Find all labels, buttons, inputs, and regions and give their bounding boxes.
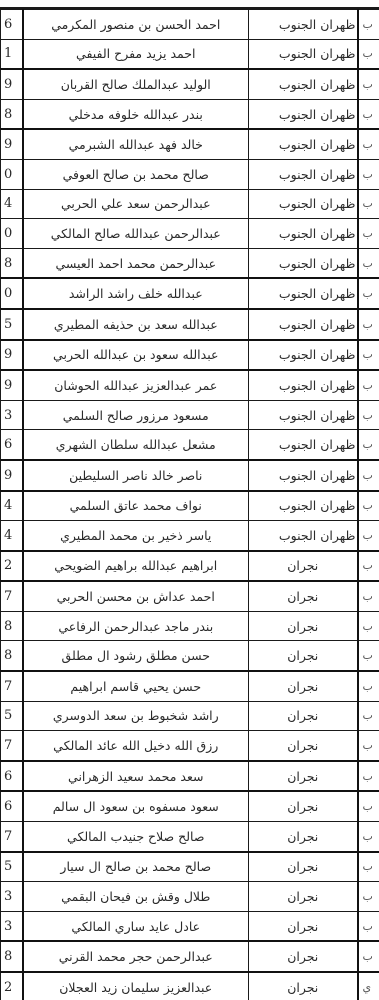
row-number-cell: 3 [1,911,23,941]
city-cell: ظهران الجنوب [249,370,358,400]
extra-column-cell: ب [358,521,379,551]
person-name-cell: احمد الحسن بن منصور المكرمي [23,10,249,40]
row-number-cell: 4 [1,521,23,551]
city-cell: ظهران الجنوب [249,219,358,249]
extra-column-cell: ب [358,761,379,792]
city-cell: نجران [249,611,358,641]
person-name-cell: سعد محمد سعيد الزهراني [23,761,249,792]
table-row: 6احمد الحسن بن منصور المكرميظهران الجنوب… [1,10,379,40]
row-number-cell: 5 [1,852,23,882]
row-number-cell: 0 [1,159,23,189]
extra-column-cell: ب [358,340,379,371]
row-number-cell: 6 [1,791,23,821]
table-row: 9عمر عبدالعزيز عبدالله الحوشانظهران الجن… [1,370,379,400]
row-number-cell: 9 [1,69,23,99]
row-number-cell: 8 [1,641,23,671]
city-cell: نجران [249,911,358,941]
person-name-cell: صالح صلاح جنيدب المالكي [23,822,249,852]
city-cell: ظهران الجنوب [249,10,358,40]
row-number-cell: 9 [1,129,23,159]
person-name-cell: بندر عبدالله خلوفه مدخلي [23,99,249,129]
extra-column-cell: ب [358,248,379,278]
city-cell: ظهران الجنوب [249,39,358,69]
table-row: 8عبدالرحمن محمد احمد العيسيظهران الجنوبب [1,248,379,278]
table-row: 0صالح محمد بن صالح العوفيظهران الجنوبب [1,159,379,189]
table-row: 8بندر عبدالله خلوفه مدخليظهران الجنوبب [1,99,379,129]
table-row: 9ناصر خالد ناصر السليطينظهران الجنوبب [1,460,379,491]
person-name-cell: عبدالله سعود بن عبدالله الحربي [23,340,249,371]
city-cell: نجران [249,882,358,912]
table-row: 3مسعود مرزور صالح السلميظهران الجنوبب [1,400,379,430]
person-name-cell: بندر ماجد عبدالرحمن الرفاعي [23,611,249,641]
extra-column-cell: ب [358,278,379,309]
person-name-cell: حسن مطلق رشود ال مطلق [23,641,249,671]
table-row: 5عبدالله سعد بن حذيفه المطيريظهران الجنو… [1,309,379,340]
city-cell: نجران [249,671,358,701]
extra-column-cell: ب [358,99,379,129]
city-cell: نجران [249,731,358,761]
extra-column-cell: ب [358,309,379,340]
person-name-cell: رزق الله دخيل الله عائد المالكي [23,731,249,761]
table-row: 1احمد يزيد مفرح الفيفيظهران الجنوبب [1,39,379,69]
city-cell: ظهران الجنوب [249,521,358,551]
table-row: 8عبدالرحمن حجر محمد القرنينجرانب [1,941,379,972]
city-cell: نجران [249,941,358,972]
extra-column-cell: ب [358,189,379,219]
city-cell: ظهران الجنوب [249,248,358,278]
table-row: 9الوليد عبدالملك صالح القربانظهران الجنو… [1,69,379,99]
table-row: 3طلال وقش بن فيحان البقمينجرانب [1,882,379,912]
extra-column-cell: ب [358,460,379,491]
city-cell: ظهران الجنوب [249,159,358,189]
extra-column-cell: ب [358,370,379,400]
extra-column-cell: ب [358,731,379,761]
row-number-cell: 7 [1,822,23,852]
city-cell: نجران [249,972,358,1000]
person-name-cell: ابراهيم عبدالله براهيم الضويحي [23,551,249,582]
person-name-cell: الوليد عبدالملك صالح القربان [23,69,249,99]
table-row: 2ابراهيم عبدالله براهيم الضويحينجرانب [1,551,379,582]
person-name-cell: عبدالعزيز سليمان زيد العجلان [23,972,249,1000]
extra-column-cell: ب [358,551,379,582]
row-number-cell: 6 [1,10,23,40]
person-name-cell: عبدالرحمن محمد احمد العيسي [23,248,249,278]
table-row: 0عبدالله خلف راشد الراشدظهران الجنوبب [1,278,379,309]
row-number-cell: 9 [1,370,23,400]
person-name-cell: ياسر ذخير بن محمد المطيري [23,521,249,551]
city-cell: ظهران الجنوب [249,69,358,99]
row-number-cell: 7 [1,581,23,611]
person-name-cell: مشعل عبدالله سلطان الشهري [23,430,249,460]
extra-column-cell: ب [358,791,379,821]
extra-column-cell: ب [358,941,379,972]
table-body: 6احمد الحسن بن منصور المكرميظهران الجنوب… [1,10,379,1000]
extra-column-cell: ب [358,69,379,99]
table-row: 2عبدالعزيز سليمان زيد العجلاننجراني [1,972,379,1000]
table-row: 7حسن يحيي قاسم ابراهيمنجرانب [1,671,379,701]
scanned-table-sheet: 6احمد الحسن بن منصور المكرميظهران الجنوب… [0,9,379,1000]
table-row: 6مشعل عبدالله سلطان الشهريظهران الجنوبب [1,430,379,460]
city-cell: ظهران الجنوب [249,309,358,340]
row-number-cell: 2 [1,972,23,1000]
person-name-cell: ناصر خالد ناصر السليطين [23,460,249,491]
table-row: 5راشد شخبوط بن سعد الدوسرينجرانب [1,701,379,731]
table-row: 6سعود مسفوه بن سعود ال سالمنجرانب [1,791,379,821]
table-row: 8بندر ماجد عبدالرحمن الرفاعينجرانب [1,611,379,641]
city-cell: ظهران الجنوب [249,340,358,371]
table-row: 4نواف محمد عاتق السلميظهران الجنوبب [1,491,379,521]
extra-column-cell: ب [358,671,379,701]
table-row: 0عبدالرحمن عبدالله صالح المالكيظهران الج… [1,219,379,249]
extra-column-cell: ب [358,882,379,912]
table-row: 5صالح محمد بن صالح ال سيارنجرانب [1,852,379,882]
person-name-cell: طلال وقش بن فيحان البقمي [23,882,249,912]
extra-column-cell: ب [358,641,379,671]
city-cell: ظهران الجنوب [249,430,358,460]
city-cell: ظهران الجنوب [249,99,358,129]
extra-column-cell: ب [358,911,379,941]
person-name-cell: عمر عبدالعزيز عبدالله الحوشان [23,370,249,400]
extra-column-cell: ب [358,581,379,611]
extra-column-cell: ب [358,430,379,460]
row-number-cell: 8 [1,99,23,129]
city-cell: ظهران الجنوب [249,129,358,159]
extra-column-cell: ب [358,39,379,69]
row-number-cell: 0 [1,219,23,249]
city-cell: نجران [249,822,358,852]
row-number-cell: 3 [1,882,23,912]
table-row: 8حسن مطلق رشود ال مطلقنجرانب [1,641,379,671]
row-number-cell: 4 [1,189,23,219]
person-name-cell: خالد فهد عبدالله الشبرمي [23,129,249,159]
row-number-cell: 7 [1,671,23,701]
table-row: 9خالد فهد عبدالله الشبرميظهران الجنوبب [1,129,379,159]
table-row: 6سعد محمد سعيد الزهرانينجرانب [1,761,379,792]
extra-column-cell: ي [358,972,379,1000]
extra-column-cell: ب [358,129,379,159]
city-cell: ظهران الجنوب [249,189,358,219]
row-number-cell: 5 [1,701,23,731]
city-cell: نجران [249,581,358,611]
city-cell: ظهران الجنوب [249,491,358,521]
extra-column-cell: ب [358,159,379,189]
extra-column-cell: ب [358,219,379,249]
person-name-cell: عبدالرحمن حجر محمد القرني [23,941,249,972]
extra-column-cell: ب [358,852,379,882]
table-row: 7رزق الله دخيل الله عائد المالكينجرانب [1,731,379,761]
table-row: 7احمد عداش بن محسن الحربينجرانب [1,581,379,611]
row-number-cell: 6 [1,430,23,460]
table-row: 9عبدالله سعود بن عبدالله الحربيظهران الج… [1,340,379,371]
person-name-cell: صالح محمد بن صالح العوفي [23,159,249,189]
person-name-cell: عبدالرحمن عبدالله صالح المالكي [23,219,249,249]
person-name-cell: عادل عايد ساري المالكي [23,911,249,941]
city-cell: نجران [249,761,358,792]
extra-column-cell: ب [358,611,379,641]
extra-column-cell: ب [358,400,379,430]
row-number-cell: 0 [1,278,23,309]
row-number-cell: 9 [1,340,23,371]
row-number-cell: 7 [1,731,23,761]
person-name-cell: احمد عداش بن محسن الحربي [23,581,249,611]
person-name-cell: عبدالله خلف راشد الراشد [23,278,249,309]
table-row: 4ياسر ذخير بن محمد المطيريظهران الجنوبب [1,521,379,551]
extra-column-cell: ب [358,10,379,40]
row-number-cell: 5 [1,309,23,340]
person-name-cell: احمد يزيد مفرح الفيفي [23,39,249,69]
city-cell: ظهران الجنوب [249,278,358,309]
row-number-cell: 6 [1,761,23,792]
extra-column-cell: ب [358,701,379,731]
city-cell: نجران [249,551,358,582]
person-name-cell: حسن يحيي قاسم ابراهيم [23,671,249,701]
city-cell: نجران [249,641,358,671]
person-name-cell: راشد شخبوط بن سعد الدوسري [23,701,249,731]
table-row: 3عادل عايد ساري المالكينجرانب [1,911,379,941]
city-cell: نجران [249,791,358,821]
row-number-cell: 8 [1,941,23,972]
person-name-cell: عبدالله سعد بن حذيفه المطيري [23,309,249,340]
row-number-cell: 9 [1,460,23,491]
extra-column-cell: ب [358,822,379,852]
city-cell: نجران [249,852,358,882]
person-name-cell: عبدالرحمن سعد علي الحربي [23,189,249,219]
row-number-cell: 4 [1,491,23,521]
row-number-cell: 1 [1,39,23,69]
person-name-cell: سعود مسفوه بن سعود ال سالم [23,791,249,821]
extra-column-cell: ب [358,491,379,521]
person-name-cell: نواف محمد عاتق السلمي [23,491,249,521]
city-cell: ظهران الجنوب [249,400,358,430]
table-row: 4عبدالرحمن سعد علي الحربيظهران الجنوبب [1,189,379,219]
row-number-cell: 8 [1,611,23,641]
row-number-cell: 2 [1,551,23,582]
row-number-cell: 3 [1,400,23,430]
city-cell: ظهران الجنوب [249,460,358,491]
person-name-cell: صالح محمد بن صالح ال سيار [23,852,249,882]
row-number-cell: 8 [1,248,23,278]
names-table: 6احمد الحسن بن منصور المكرميظهران الجنوب… [0,9,379,1000]
table-row: 7صالح صلاح جنيدب المالكينجرانب [1,822,379,852]
person-name-cell: مسعود مرزور صالح السلمي [23,400,249,430]
city-cell: نجران [249,701,358,731]
